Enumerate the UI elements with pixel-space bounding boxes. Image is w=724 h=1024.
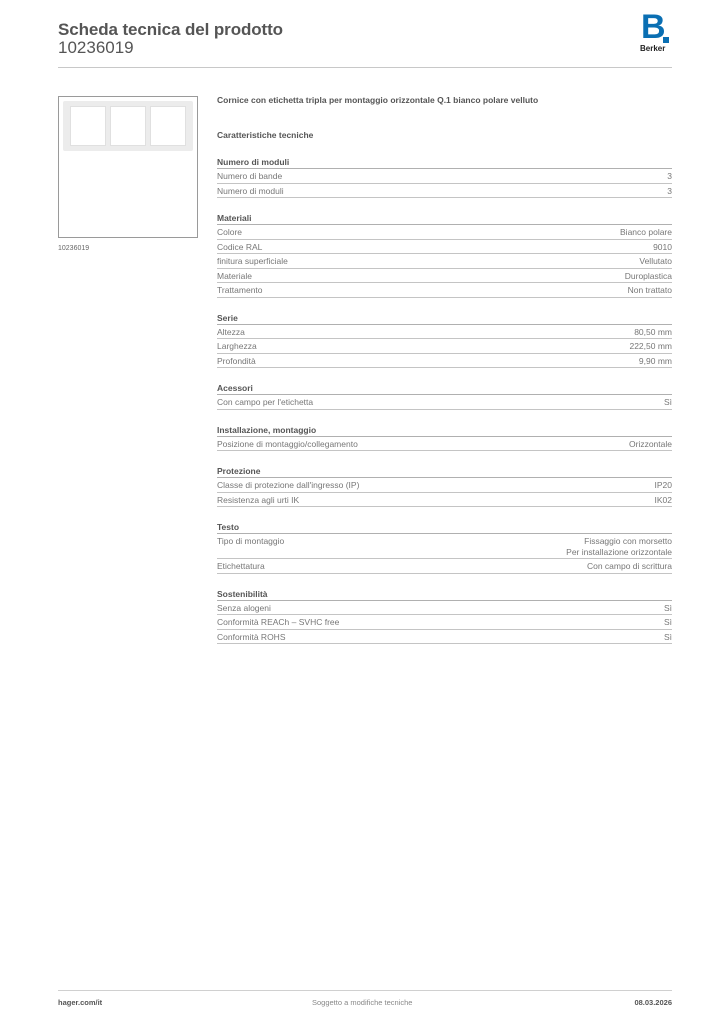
footer-divider [58, 990, 672, 991]
spec-value: 3 [667, 171, 672, 182]
spec-value: 9010 [653, 242, 672, 253]
spec-row: Codice RAL9010 [217, 240, 672, 255]
spec-value-line: IP20 [655, 480, 673, 491]
spec-value: Sì [664, 632, 672, 643]
section-heading: Caratteristiche tecniche [217, 130, 672, 142]
spec-group: ProtezioneClasse di protezione dall'ingr… [217, 465, 672, 507]
spec-group: SerieAltezza80,50 mmLarghezza222,50 mmPr… [217, 312, 672, 369]
spec-value-line: Bianco polare [620, 227, 672, 238]
spec-row: Senza alogeniSì [217, 601, 672, 616]
spec-value: Bianco polare [620, 227, 672, 238]
spec-row: Conformità REACh – SVHC freeSì [217, 615, 672, 630]
spec-row: ColoreBianco polare [217, 225, 672, 240]
spec-value: 222,50 mm [629, 341, 672, 352]
spec-label: Resistenza agli urti IK [217, 495, 299, 506]
triple-frame-illustration [63, 101, 193, 151]
spec-value: Vellutato [639, 256, 672, 267]
spec-value-line: 222,50 mm [629, 341, 672, 352]
spec-value: 9,90 mm [639, 356, 672, 367]
spec-value-line: 9010 [653, 242, 672, 253]
spec-group: TestoTipo di montaggioFissaggio con mors… [217, 521, 672, 574]
group-title: Numero di moduli [217, 156, 672, 169]
spec-label: Materiale [217, 271, 252, 282]
spec-value: Orizzontale [629, 439, 672, 450]
group-title: Acessori [217, 382, 672, 395]
spec-value: Sì [664, 397, 672, 408]
spec-row: EtichettaturaCon campo di scrittura [217, 559, 672, 574]
spec-label: Etichettatura [217, 561, 265, 572]
page-title: Scheda tecnica del prodotto [58, 20, 283, 40]
berker-logo: B Berker [640, 16, 676, 56]
spec-label: Conformità ROHS [217, 632, 286, 643]
spec-row: Posizione di montaggio/collegamentoOrizz… [217, 437, 672, 452]
group-title: Protezione [217, 465, 672, 478]
spec-value-line: Orizzontale [629, 439, 672, 450]
spec-label: Numero di bande [217, 171, 282, 182]
spec-value-line: Duroplastica [625, 271, 672, 282]
spec-row: Numero di bande3 [217, 169, 672, 184]
spec-row: Con campo per l'etichettaSì [217, 395, 672, 410]
group-title: Testo [217, 521, 672, 534]
spec-value-line: Sì [664, 397, 672, 408]
spec-row: Classe di protezione dall'ingresso (IP)I… [217, 478, 672, 493]
product-image [58, 96, 198, 238]
spec-value: Duroplastica [625, 271, 672, 282]
frame-opening [150, 106, 186, 146]
spec-value: 3 [667, 186, 672, 197]
header-divider [58, 67, 672, 68]
image-caption: 10236019 [58, 245, 89, 252]
spec-value-line: IK02 [655, 495, 673, 506]
logo-letter: B [641, 10, 666, 44]
spec-value: IK02 [655, 495, 673, 506]
spec-label: finitura superficiale [217, 256, 288, 267]
spec-value-line: Non trattato [628, 285, 672, 296]
spec-label: Senza alogeni [217, 603, 271, 614]
spec-value: Fissaggio con morsettoPer installazione … [566, 536, 672, 557]
product-title: Cornice con etichetta tripla per montagg… [217, 95, 672, 107]
spec-value-line: 3 [667, 171, 672, 182]
spec-value-line: Sì [664, 632, 672, 643]
spec-row: Conformità ROHSSì [217, 630, 672, 645]
spec-label: Colore [217, 227, 242, 238]
spec-label: Altezza [217, 327, 245, 338]
spec-content: Cornice con etichetta tripla per montagg… [217, 95, 672, 644]
spec-row: Altezza80,50 mm [217, 325, 672, 340]
logo-dot [663, 37, 669, 43]
spec-value-line: Con campo di scrittura [587, 561, 672, 572]
spec-label: Trattamento [217, 285, 263, 296]
spec-value: Non trattato [628, 285, 672, 296]
spec-value-line: 9,90 mm [639, 356, 672, 367]
footer-website: hager.com/it [58, 998, 102, 1007]
spec-row: MaterialeDuroplastica [217, 269, 672, 284]
spec-value-line: Sì [664, 617, 672, 628]
frame-opening [110, 106, 146, 146]
spec-row: Numero di moduli3 [217, 184, 672, 199]
spec-group: Installazione, montaggioPosizione di mon… [217, 424, 672, 452]
spec-row: Larghezza222,50 mm [217, 339, 672, 354]
group-title: Materiali [217, 212, 672, 225]
spec-value-line: Sì [664, 603, 672, 614]
frame-opening [70, 106, 106, 146]
footer-notice: Soggetto a modifiche tecniche [312, 998, 412, 1007]
spec-group: SostenibilitàSenza alogeniSìConformità R… [217, 588, 672, 645]
spec-value: Sì [664, 617, 672, 628]
spec-label: Larghezza [217, 341, 257, 352]
spec-group: AcessoriCon campo per l'etichettaSì [217, 382, 672, 410]
group-title: Installazione, montaggio [217, 424, 672, 437]
spec-value-line: 80,50 mm [634, 327, 672, 338]
spec-value: Sì [664, 603, 672, 614]
spec-value-line: Per installazione orizzontale [566, 547, 672, 558]
spec-row: Profondità9,90 mm [217, 354, 672, 369]
spec-value-line: Fissaggio con morsetto [566, 536, 672, 547]
spec-value-line: 3 [667, 186, 672, 197]
spec-label: Classe di protezione dall'ingresso (IP) [217, 480, 359, 491]
spec-group: Numero di moduliNumero di bande3Numero d… [217, 156, 672, 198]
spec-row: finitura superficialeVellutato [217, 254, 672, 269]
spec-value-line: Vellutato [639, 256, 672, 267]
spec-label: Posizione di montaggio/collegamento [217, 439, 358, 450]
footer-date: 08.03.2026 [634, 998, 672, 1007]
spec-label: Numero di moduli [217, 186, 284, 197]
spec-row: Resistenza agli urti IKIK02 [217, 493, 672, 508]
product-code: 10236019 [58, 38, 134, 58]
spec-groups: Numero di moduliNumero di bande3Numero d… [217, 156, 672, 644]
spec-value: Con campo di scrittura [587, 561, 672, 572]
spec-label: Codice RAL [217, 242, 262, 253]
spec-value: IP20 [655, 480, 673, 491]
spec-label: Profondità [217, 356, 256, 367]
spec-value: 80,50 mm [634, 327, 672, 338]
logo-wordmark: Berker [640, 44, 665, 53]
spec-label: Con campo per l'etichetta [217, 397, 313, 408]
group-title: Serie [217, 312, 672, 325]
spec-row: Tipo di montaggioFissaggio con morsettoP… [217, 534, 672, 559]
spec-label: Tipo di montaggio [217, 536, 284, 547]
spec-label: Conformità REACh – SVHC free [217, 617, 339, 628]
group-title: Sostenibilità [217, 588, 672, 601]
spec-group: MaterialiColoreBianco polareCodice RAL90… [217, 212, 672, 298]
spec-row: TrattamentoNon trattato [217, 283, 672, 298]
